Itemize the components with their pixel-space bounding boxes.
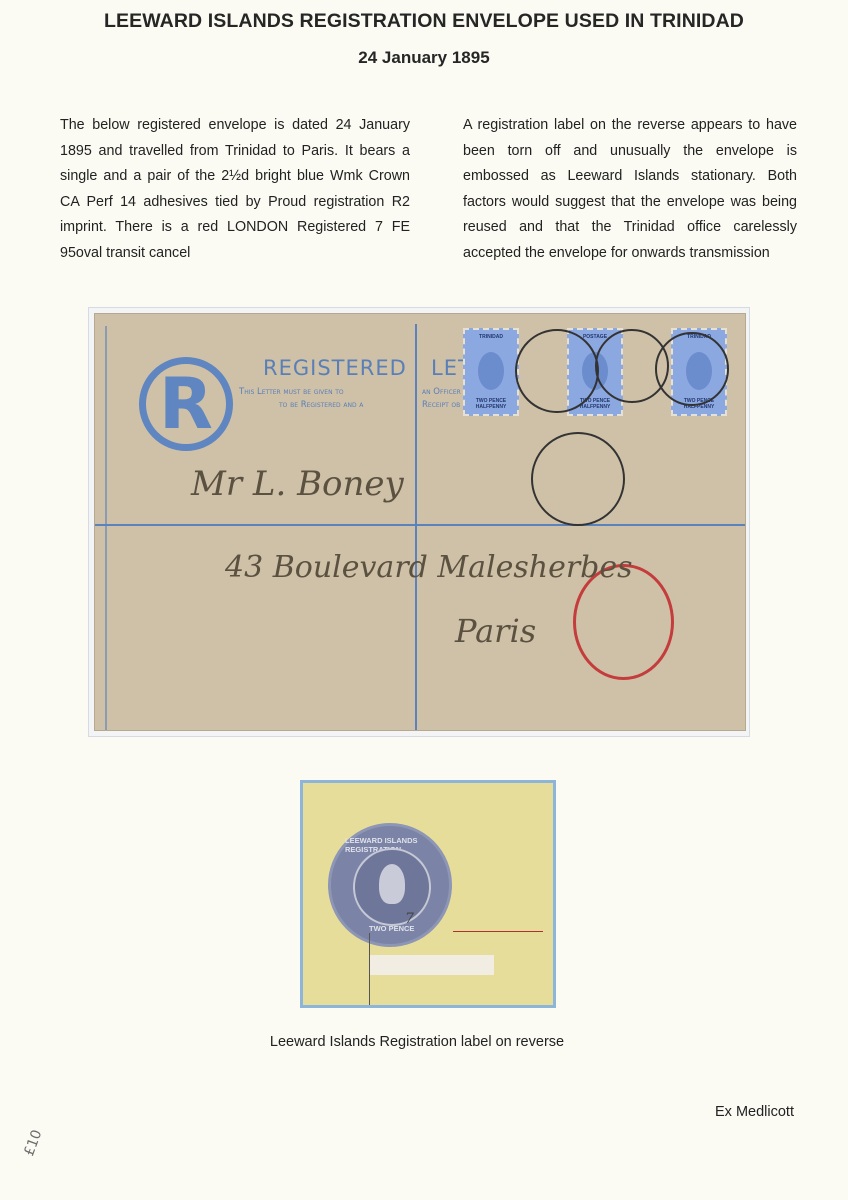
address-street: 43 Boulevard Malesherbes xyxy=(225,550,633,585)
address-name: Mr L. Boney xyxy=(191,464,404,504)
instruction-right-2: Receipt ob xyxy=(422,400,460,410)
provenance-credit: Ex Medlicott xyxy=(715,1104,794,1120)
queen-portrait-icon xyxy=(478,352,504,390)
page-subtitle: 24 January 1895 xyxy=(0,48,848,68)
registered-envelope: R REGISTERED LETT This Letter must be gi… xyxy=(94,313,746,731)
registered-heading: REGISTERED xyxy=(263,356,407,380)
instruction-line-2: to be Registered and a xyxy=(279,400,363,410)
page-title: LEEWARD ISLANDS REGISTRATION ENVELOPE US… xyxy=(0,10,848,33)
embossed-stamp: LEEWARD ISLANDS REGISTRATION TWO PENCE xyxy=(328,823,452,947)
envelope-horizontal-line xyxy=(95,524,745,526)
instruction-right-1: an Officer xyxy=(422,387,461,397)
pencil-price-note: £10 xyxy=(21,1128,45,1159)
postmark-3 xyxy=(655,332,729,406)
postmark-4 xyxy=(531,432,625,526)
instruction-line-1: This Letter must be given to xyxy=(239,387,344,397)
registered-r-icon: R xyxy=(139,357,233,451)
reverse-label-caption: Leeward Islands Registration label on re… xyxy=(0,1034,834,1050)
stamp-single: TRINIDAD TWO PENCE HALFPENNY xyxy=(463,328,519,416)
address-city: Paris xyxy=(455,612,536,650)
handwritten-number: 7 xyxy=(405,911,414,927)
envelope-vertical-line xyxy=(415,324,417,730)
postmark-1 xyxy=(515,329,599,413)
description-right: A registration label on the reverse appe… xyxy=(463,113,797,266)
description-left: The below registered envelope is dated 2… xyxy=(60,113,410,266)
reverse-label-image: LEEWARD ISLANDS REGISTRATION TWO PENCE 7 xyxy=(300,780,556,1008)
label-border-line xyxy=(369,933,370,1005)
envelope-left-line xyxy=(105,326,107,730)
queen-portrait-icon xyxy=(379,864,405,904)
torn-label-remnant xyxy=(369,955,494,975)
red-rule xyxy=(453,931,543,932)
